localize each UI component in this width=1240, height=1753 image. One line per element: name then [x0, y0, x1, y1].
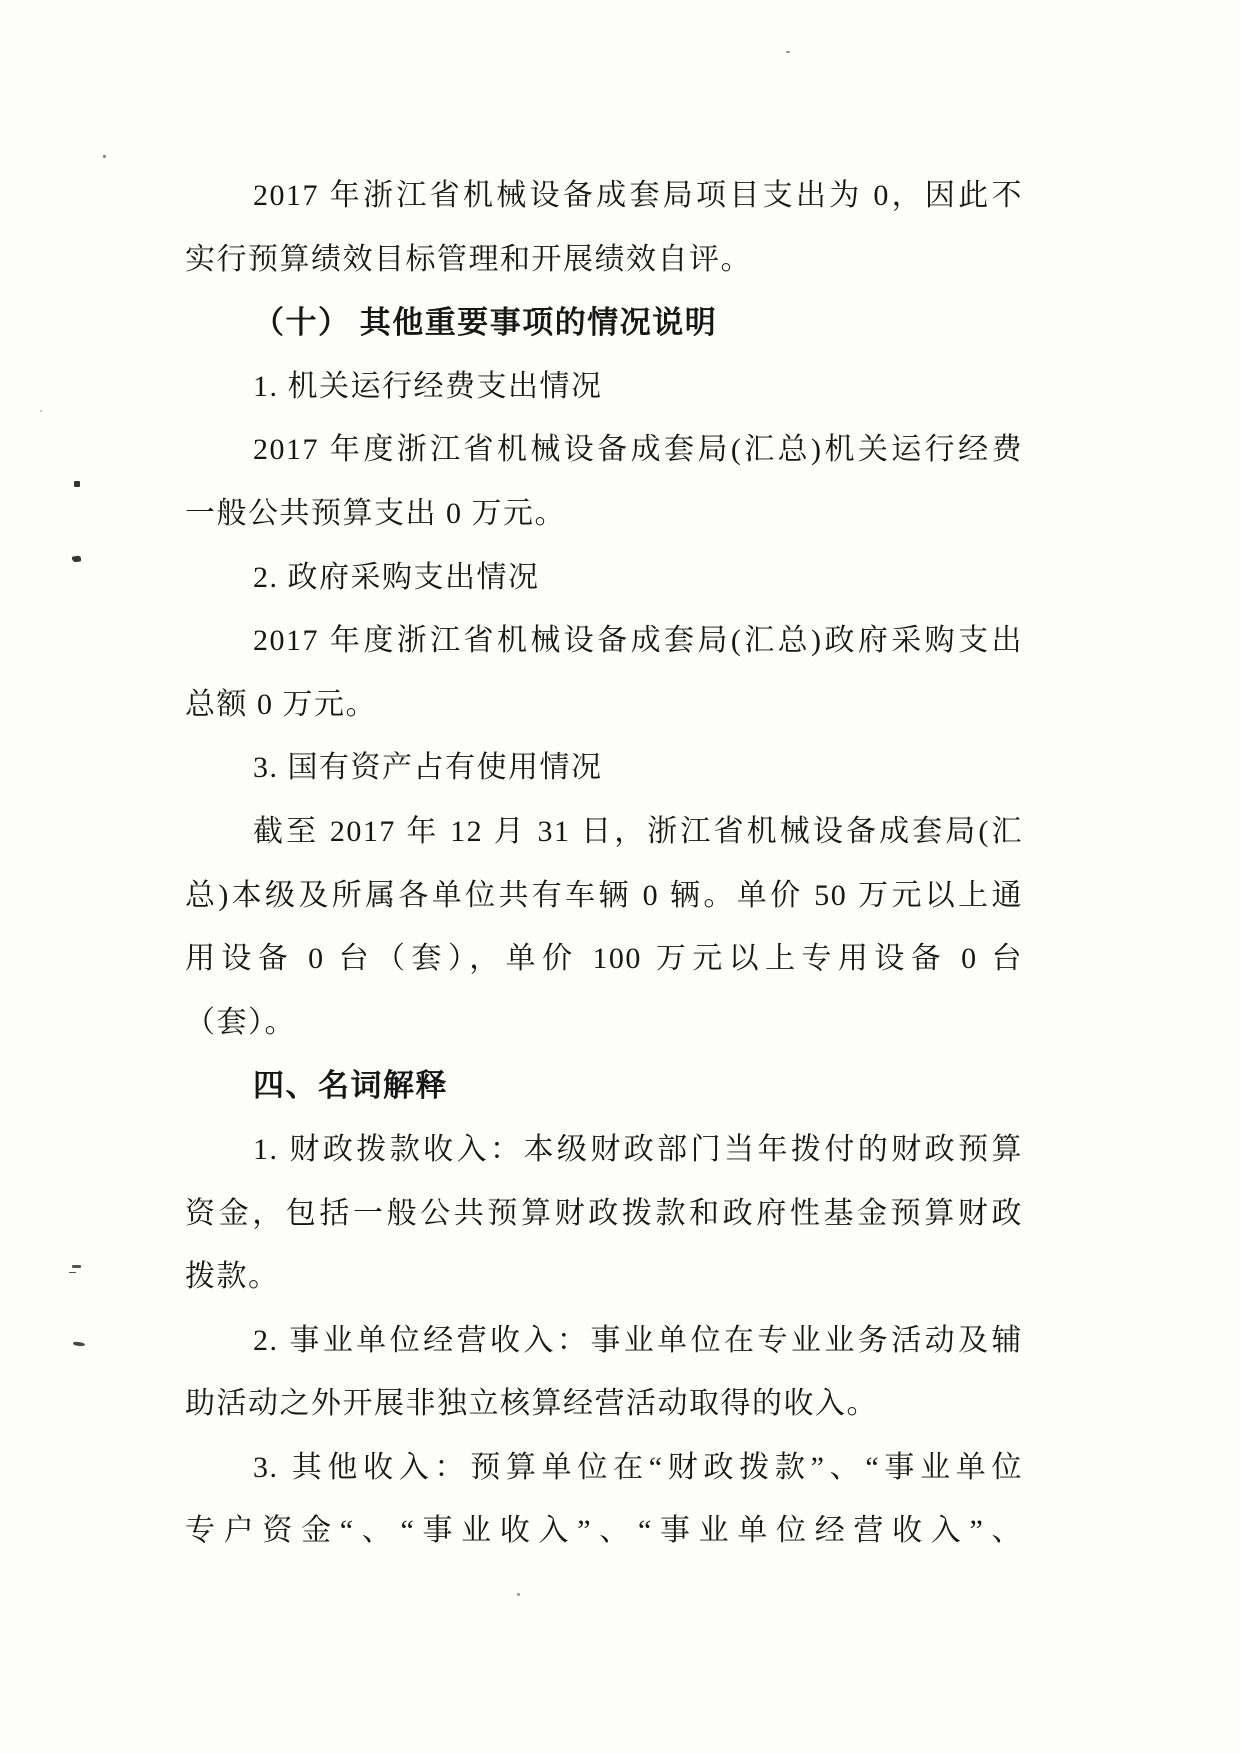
body-line: 专户资金“、“事业收入”、“事业单位经营收入”、 [185, 1499, 1023, 1563]
body-line: 截至 2017 年 12 月 31 日，浙江省机械设备成套局(汇 [185, 800, 1023, 864]
document-text-block: 2017 年浙江省机械设备成套局项目支出为 0，因此不 实行预算绩效目标管理和开… [185, 164, 1023, 1563]
scanned-document-page: 2017 年浙江省机械设备成套局项目支出为 0，因此不 实行预算绩效目标管理和开… [0, 0, 1240, 1753]
scan-speck [74, 481, 80, 487]
body-line: 2. 政府采购支出情况 [185, 546, 1023, 610]
body-line: 2017 年度浙江省机械设备成套局(汇总)机关运行经费 [185, 418, 1023, 482]
scan-speck [786, 51, 790, 53]
body-line: 用设备 0 台（套），单价 100 万元以上专用设备 0 台 [185, 927, 1023, 991]
body-line: 1. 机关运行经费支出情况 [185, 355, 1023, 419]
body-line: 助活动之外开展非独立核算经营活动取得的收入。 [185, 1372, 1023, 1436]
scan-speck [73, 1341, 85, 1346]
body-line: 总)本级及所属各单位共有车辆 0 辆。单价 50 万元以上通 [185, 864, 1023, 928]
body-line: 资金，包括一般公共预算财政拨款和政府性基金预算财政 [185, 1182, 1023, 1246]
body-line: 总额 0 万元。 [185, 673, 1023, 737]
scan-speck [40, 410, 42, 412]
scan-speck [103, 155, 106, 158]
section-heading-other-matters: （十） 其他重要事项的情况说明 [185, 291, 1023, 355]
scan-speck [72, 1265, 81, 1268]
scan-speck [72, 555, 82, 562]
body-line: 拨款。 [185, 1245, 1023, 1309]
body-line: 3. 其他收入：预算单位在“财政拨款”、“事业单位 [185, 1436, 1023, 1500]
body-line: 2017 年度浙江省机械设备成套局(汇总)政府采购支出 [185, 609, 1023, 673]
body-line: 3. 国有资产占有使用情况 [185, 736, 1023, 800]
body-line: 实行预算绩效目标管理和开展绩效自评。 [185, 228, 1023, 292]
section-heading-terms: 四、名词解释 [185, 1054, 1023, 1118]
body-line: （套）。 [185, 991, 1023, 1055]
body-line: 2. 事业单位经营收入：事业单位在专业业务活动及辅 [185, 1309, 1023, 1373]
scan-speck [517, 1593, 520, 1596]
body-line: 2017 年浙江省机械设备成套局项目支出为 0，因此不 [185, 164, 1023, 228]
body-line: 1. 财政拨款收入：本级财政部门当年拨付的财政预算 [185, 1118, 1023, 1182]
body-line: 一般公共预算支出 0 万元。 [185, 482, 1023, 546]
